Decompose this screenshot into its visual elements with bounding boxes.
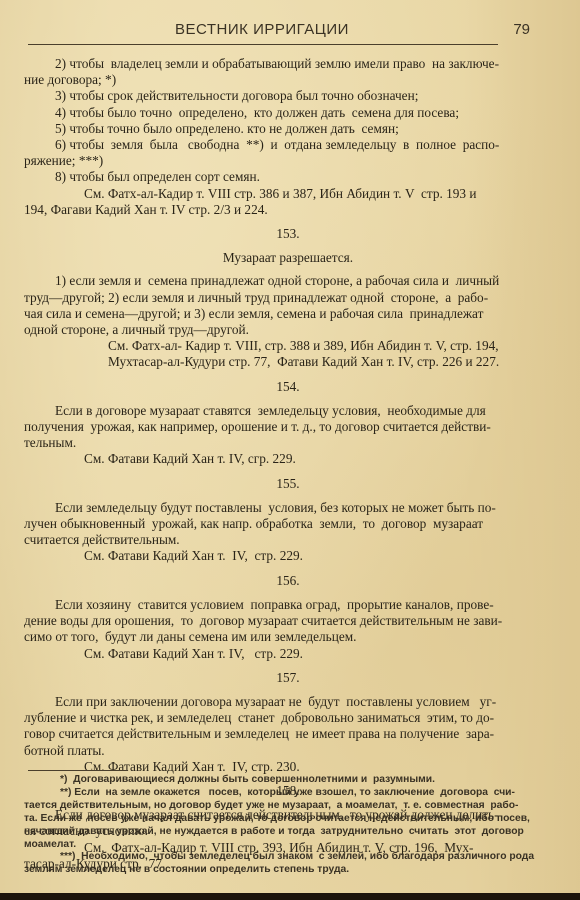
section-number: 156.: [24, 573, 552, 589]
section-number: 154.: [24, 379, 552, 395]
text-line: считается действительным.: [24, 532, 552, 548]
text-line: 3) чтобы срок действительности договора …: [24, 88, 552, 104]
text-line: 1) если земля и семена принадлежат одной…: [24, 273, 552, 289]
text-line: См. Фатави Кадий Хан т. IV, стр. 229.: [24, 548, 552, 564]
section-156: 156.Если хозяину ставится условием попра…: [24, 573, 552, 662]
text-line: 8) чтобы был определен сорт семян.: [24, 169, 552, 185]
text-line: ряжение; ***): [24, 153, 552, 169]
text-line: Если при заключении договора музараат не…: [24, 694, 552, 710]
text-line: Если хозяину ставится условием поправка …: [24, 597, 552, 613]
text-line: лучен обыкновенный урожай, как напр. обр…: [24, 516, 552, 532]
text-line: 5) чтобы точно было определено. кто не д…: [24, 121, 552, 137]
text-line: лубление и чистка рек, и земледелец стан…: [24, 710, 552, 726]
section-154: 154.Если в договоре музараат ставятся зе…: [24, 379, 552, 468]
section-157: 157.Если при заключении договора музараа…: [24, 670, 552, 775]
footnote-line: тается действительным, но договор будет …: [24, 800, 554, 813]
text-line: 4) чтобы было точно определено, кто долж…: [24, 105, 552, 121]
section-number: 157.: [24, 670, 552, 686]
text-line: См. Фатави Кадий Хан т. IV, стр. 230.: [24, 759, 552, 775]
text-line: дение воды для орошения, то договор муза…: [24, 613, 552, 629]
section-number: 153.: [24, 226, 552, 242]
footnote-line: **) Если на земле окажется посев, которы…: [24, 787, 554, 800]
text-line: Мухтасар-ал-Кудури стр. 77, Фатави Кадий…: [24, 354, 552, 370]
footnote-line: землям земледелец не в состоянии определ…: [24, 864, 554, 877]
text-line: Если земледельцу будут поставлены услови…: [24, 500, 552, 516]
text-line: одной стороне, а личный труд—другой.: [24, 322, 552, 338]
text-line: тельным.: [24, 435, 552, 451]
section-155: 155.Если земледельцу будут поставлены ус…: [24, 476, 552, 565]
text-line: См. Фатави Кадий Хан т. IV, сгр. 229.: [24, 451, 552, 467]
footnote-rule: [28, 770, 128, 771]
text-line: ботной платы.: [24, 743, 552, 759]
section-153: 153.Музараат разрешается.1) если земля и…: [24, 226, 552, 371]
page-number: 79: [513, 21, 530, 38]
page-bottom-edge: [0, 893, 580, 900]
footnote-line: ***) Необходимо, чтобы земледелец был зн…: [24, 851, 554, 864]
text-line: 194, Фагави Кадий Хан т. IV стр. 2/3 и 2…: [24, 202, 552, 218]
text-line: 2) чтобы владелец земли и обрабатывающий…: [24, 56, 552, 72]
text-line: См. Фатави Кадий Хан т. IV, стр. 229.: [24, 646, 552, 662]
text-line: чая сила и семена—другой; и 3) если земл…: [24, 306, 552, 322]
text-line: 6) чтобы земля была свободна **) и отдан…: [24, 137, 552, 153]
text-line: получения урожая, как например, орошение…: [24, 419, 552, 435]
footnote-line: та. Если же посев уже начал давать урожа…: [24, 813, 554, 826]
text-line: Если в договоре музараат ставятся землед…: [24, 403, 552, 419]
text-line: говор считается действительным и земледе…: [24, 726, 552, 742]
running-header: ВЕСТНИК ИРРИГАЦИИ 79: [28, 18, 496, 40]
text-line: труд—другой; 2) если земля и личный труд…: [24, 290, 552, 306]
journal-title: ВЕСТНИК ИРРИГАЦИИ: [28, 21, 496, 38]
text-line: симо от того, будут ли даны семена им ил…: [24, 629, 552, 645]
text-line: См. Фатх-ал- Кадир т. VIII, стр. 388 и 3…: [24, 338, 552, 354]
intro-list: 2) чтобы владелец земли и обрабатывающий…: [24, 56, 552, 218]
footnote-line: *) Договаривающиеся должны быть совершен…: [24, 774, 554, 787]
header-rule: [28, 44, 498, 45]
section-heading: Музараат разрешается.: [24, 250, 552, 266]
footnotes: *) Договаривающиеся должны быть совершен…: [24, 774, 554, 877]
footnote-line: моамелат.: [24, 839, 554, 852]
body-text: 2) чтобы владелец земли и обрабатывающий…: [24, 56, 552, 872]
section-number: 155.: [24, 476, 552, 492]
text-line: См. Фатх-ал-Кадир т. VIII стр. 386 и 387…: [24, 186, 552, 202]
footnote-line: начавший давать урожай, не нуждается в р…: [24, 826, 554, 839]
text-line: ние договора; *): [24, 72, 552, 88]
